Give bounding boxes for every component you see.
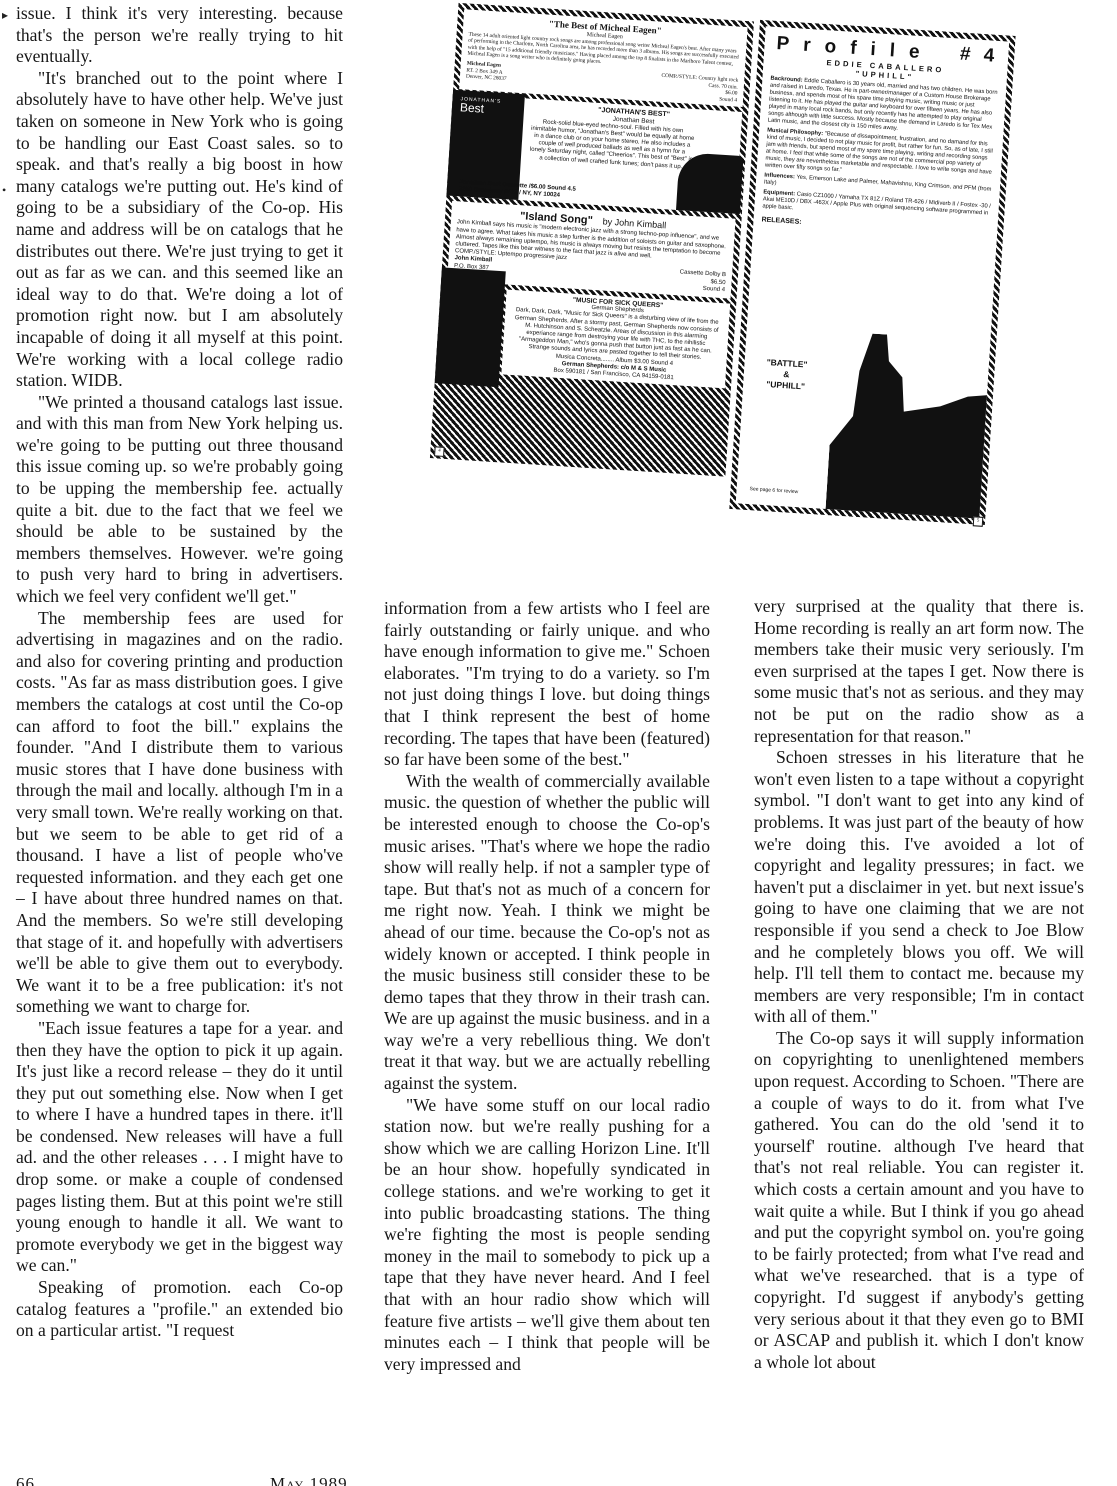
- ad-jonathans-best: JONATHAN'SBest "JONATHAN'S BEST" Jonatha…: [452, 94, 742, 214]
- catalog-page-number: 5: [973, 516, 984, 527]
- catalog-clipping-image: "The Best of Micheal Eagen" Micheal Eage…: [427, 3, 1018, 547]
- margin-mark: •: [2, 183, 6, 198]
- margin-mark: ▸: [2, 8, 8, 23]
- album-logo: JONATHAN'SBest: [460, 97, 502, 114]
- paragraph: The Co-op says it will supply informatio…: [754, 1028, 1084, 1374]
- keyboard-player-illustration: [676, 152, 744, 214]
- profile-number: # 4: [960, 51, 999, 60]
- catalog-page-left: "The Best of Micheal Eagen" Micheal Eage…: [430, 3, 754, 477]
- paragraph: "We printed a thousand catalogs last iss…: [16, 392, 343, 608]
- article-column-middle: information from a few artists who I fee…: [384, 598, 710, 1375]
- ad-music-for-sick-queers: "MUSIC FOR SICK QUEERS" German Shepherds…: [501, 289, 730, 388]
- profile-philosophy: "Because of dissapointment, frustration,…: [765, 131, 993, 176]
- paragraph: "We have some stuff on our local radio s…: [384, 1095, 710, 1376]
- paragraph: "It's branched out to the point where I …: [16, 68, 343, 392]
- paragraph: issue. I think it's very interesting. be…: [16, 3, 343, 68]
- collage-illustration: [435, 267, 506, 387]
- paragraph: very surprised at the quality that there…: [754, 596, 1084, 747]
- article-column-left: issue. I think it's very interesting. be…: [16, 3, 343, 1342]
- paragraph: With the wealth of commercially availabl…: [384, 771, 710, 1095]
- ad-contact-address: Denver, NC 28037: [466, 74, 507, 83]
- catalog-page-right: Profile # 4 EDDIE CABALLERO "UPHILL" Bac…: [729, 20, 1015, 525]
- profile-background: Eddie Caballero is 30 years old, married…: [768, 78, 998, 132]
- issue-date: May 1989: [270, 1474, 348, 1486]
- page-number: 66: [16, 1474, 35, 1486]
- silhouette-photo: [825, 331, 1009, 518]
- paragraph: information from a few artists who I fee…: [384, 598, 710, 771]
- article-column-right: very surprised at the quality that there…: [754, 596, 1084, 1373]
- paragraph: The membership fees are used for adverti…: [16, 608, 343, 1018]
- paragraph: "Each issue features a tape for a year. …: [16, 1018, 343, 1277]
- profile-box: Profile # 4 EDDIE CABALLERO "UPHILL" Bac…: [736, 26, 1010, 518]
- photo-caption: See page 6 for review: [746, 485, 801, 497]
- paragraph: Speaking of promotion. each Co-op catalo…: [16, 1277, 343, 1342]
- paragraph: Schoen stresses in his literature that h…: [754, 747, 1084, 1028]
- catalog-page-number: 4: [434, 446, 445, 457]
- release-list: "BATTLE" & "UPHILL": [765, 357, 808, 393]
